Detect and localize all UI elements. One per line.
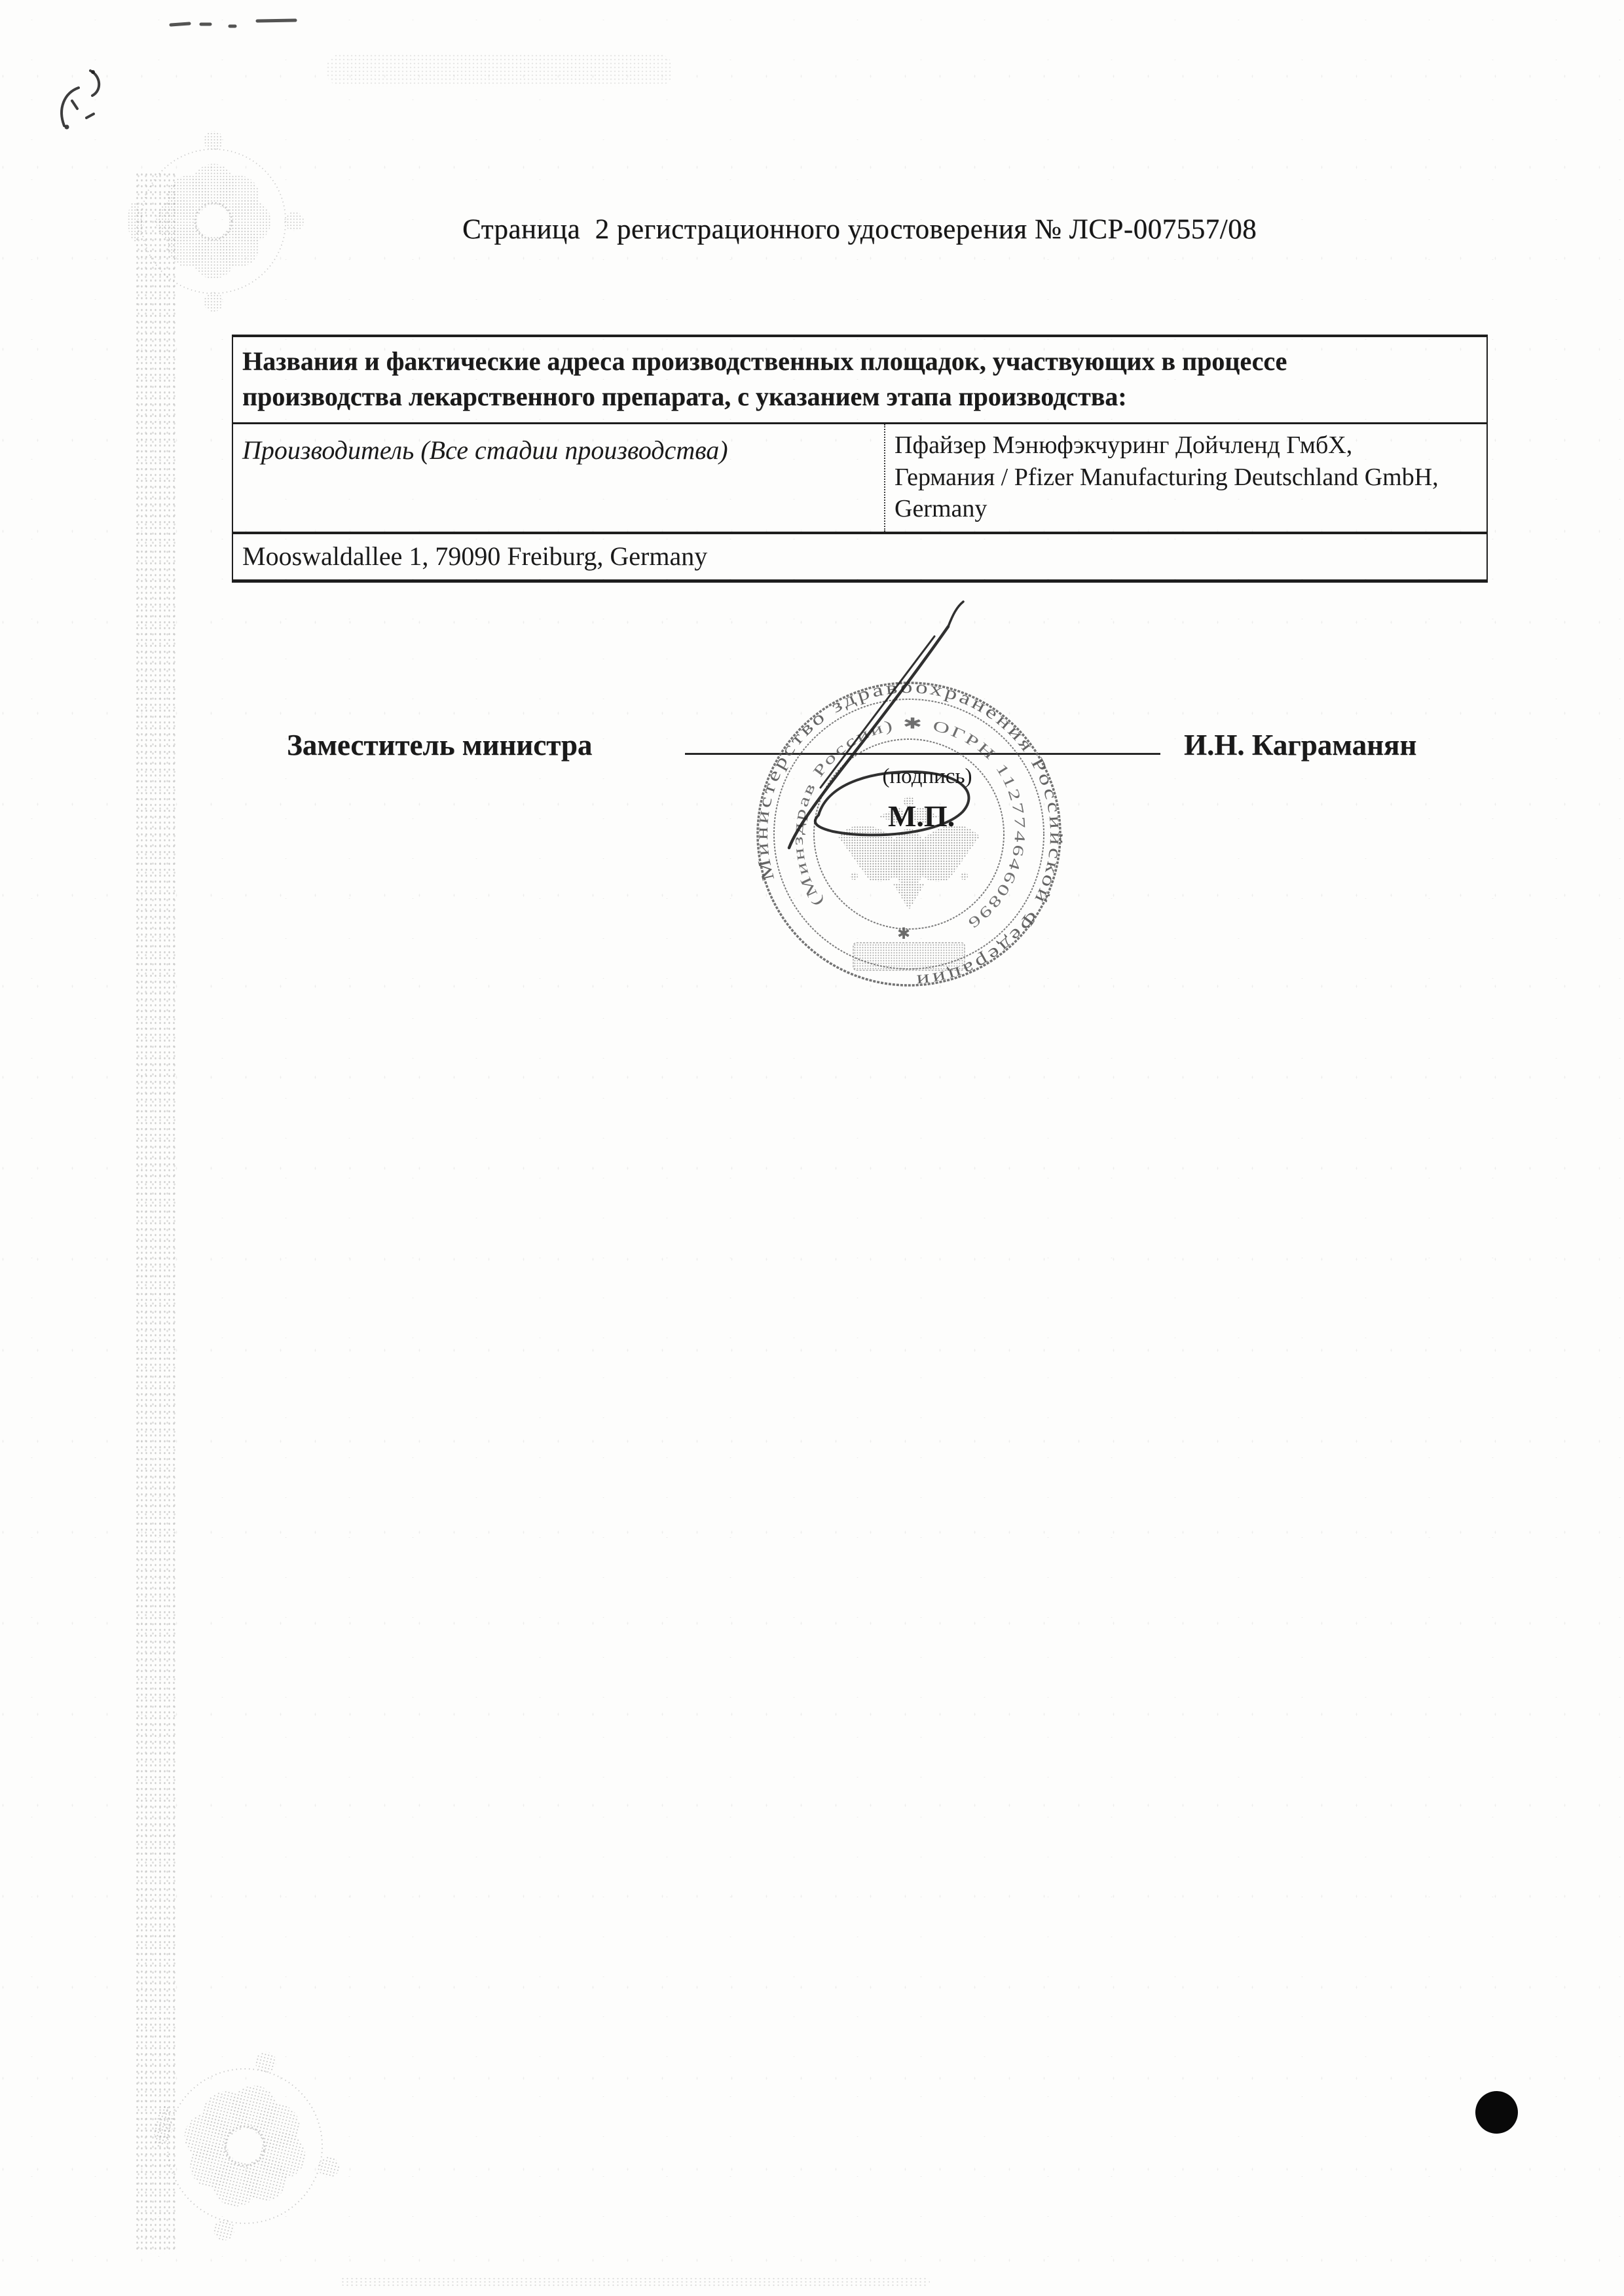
scan-smudge-top xyxy=(326,54,673,86)
signatory-position: Заместитель министра xyxy=(287,728,592,762)
stamp-bottom-banner xyxy=(853,943,965,970)
production-sites-table: Названия и фактические адреса производст… xyxy=(232,335,1488,583)
scan-smudge-bottom xyxy=(341,2277,930,2286)
signature-caption: (подпись) xyxy=(862,765,993,789)
producer-name-cell: Пфайзер Мэнюфэкчуринг Дойчленд ГмбХ, Гер… xyxy=(884,424,1486,532)
scan-dash-marks-top xyxy=(167,16,337,35)
table-producer-row: Производитель (Все стадии производства) … xyxy=(233,424,1486,534)
producer-stage-cell: Производитель (Все стадии производства) xyxy=(233,424,884,532)
seal-place-label: М.П. xyxy=(888,799,955,833)
table-header-cell: Названия и фактические адреса производст… xyxy=(233,337,1486,424)
left-edge-scan-band xyxy=(135,172,175,2253)
handwritten-signature xyxy=(717,599,1116,881)
stamp-star-separator: ✱ xyxy=(897,926,910,943)
page-title: Страница 2 регистрационного удостоверени… xyxy=(462,213,1257,246)
producer-address-cell: Mooswaldallee 1, 79090 Freiburg, Germany xyxy=(233,534,1486,579)
scanned-certificate-page: Страница 2 регистрационного удостоверени… xyxy=(0,0,1624,2296)
rosette-ornament-top-left xyxy=(122,123,305,319)
punch-hole-dot xyxy=(1475,2091,1518,2134)
signatory-name: И.Н. Каграманян xyxy=(1184,728,1416,762)
